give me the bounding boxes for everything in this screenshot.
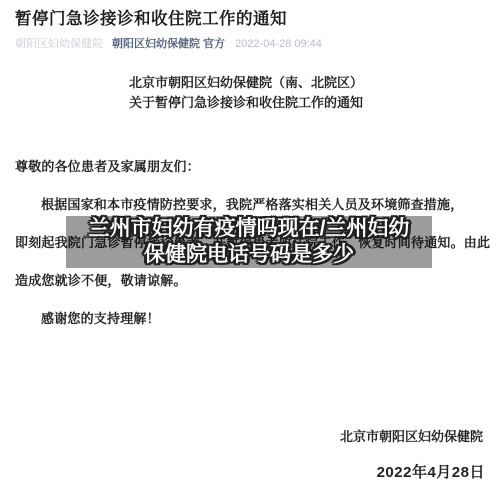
signature-org: 北京市朝阳区妇幼保健院 [340,426,483,445]
page-title: 暂停门急诊接诊和收住院工作的通知 [15,5,287,29]
document-heading-line2: 关于暂停门急诊接诊和收住院工作的通知 [0,93,492,113]
body-salutation: 尊敬的各位患者及家属朋友们： [15,148,482,186]
document-heading: 北京市朝阳区妇幼保健院（南、北院区） 关于暂停门急诊接诊和收住院工作的通知 [0,73,492,113]
watermark-caption-line2: 保健院电话号码是多少 [144,242,354,268]
signature-date: 2022年4月28日 [377,461,485,480]
notice-page: 暂停门急诊接诊和收住院工作的通知 朝阳区妇幼保健院朝阳区妇幼保健院 官方2022… [0,0,500,480]
watermark-caption-line1: 兰州市妇幼有疫情吗现在/兰州妇幼 [89,216,410,242]
byline: 朝阳区妇幼保健院朝阳区妇幼保健院 官方2022-04-28 09:44 [15,36,322,52]
byline-account-link[interactable]: 朝阳区妇幼保健院 官方 [112,38,225,50]
document-heading-line1: 北京市朝阳区妇幼保健院（南、北院区） [0,73,492,93]
body-thanks-line: 感谢您的支持理解！ [15,300,482,338]
byline-source-name: 朝阳区妇幼保健院 [15,38,103,50]
watermark-caption: 兰州市妇幼有疫情吗现在/兰州妇幼 保健院电话号码是多少 [66,214,432,270]
byline-timestamp: 2022-04-28 09:44 [235,38,322,50]
